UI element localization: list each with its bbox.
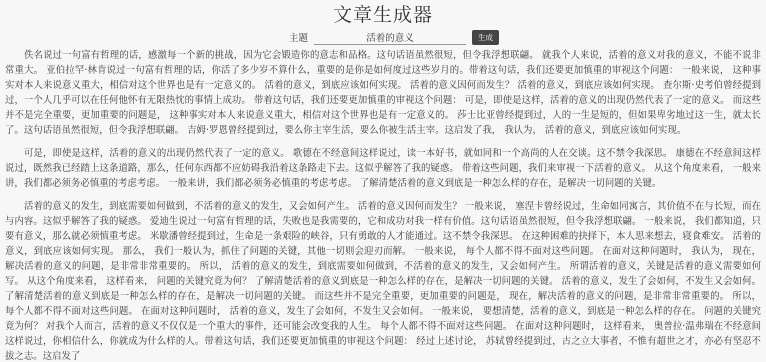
article-paragraph: 佚名说过一句富有哲理的话，感激每一个新的挑战，因为它会锻造你的意志和品格。这句话… (5, 48, 761, 138)
article-paragraph: 活着的意义的发生，到底需要如何做到，不活着的意义的发生，又会如何产生。 活着的意… (5, 199, 761, 362)
topic-label: 主题 (289, 30, 308, 44)
topic-input[interactable] (314, 30, 466, 45)
generate-button[interactable]: 生成 (472, 30, 499, 45)
page-title: 文章生成器 (0, 3, 766, 27)
article-paragraph: 可是，即使是这样，活着的意义的出现仍然代表了一定的意义。 歌德在不经意间这样说过… (5, 146, 761, 191)
header: 文章生成器 主题 生成 (0, 0, 766, 46)
article-body: 佚名说过一句富有哲理的话，感激每一个新的挑战，因为它会锻造你的意志和品格。这句话… (0, 48, 766, 362)
topic-controls: 主题 生成 (22, 28, 766, 46)
